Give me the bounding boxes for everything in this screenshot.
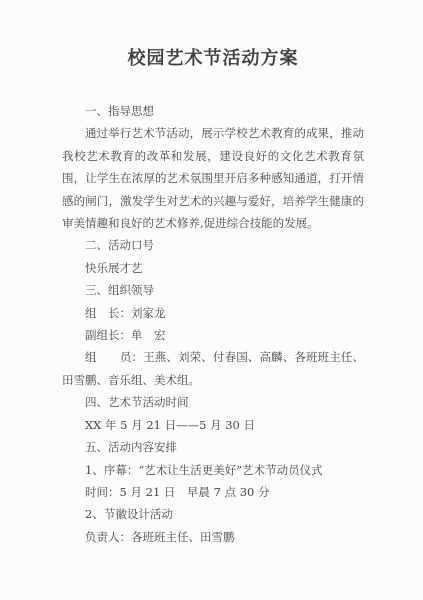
section-5-item-1-time: 时间：5 月 21 日 早晨 7 点 30 分 (62, 481, 364, 503)
section-2-slogan: 快乐展才艺 (62, 257, 364, 279)
section-3-deputy-leader-line: 副组长：单 宏 (62, 324, 364, 346)
section-5-item-2-responsible: 负责人：各班班主任、田雪鹏 (62, 526, 364, 548)
section-heading-3: 三、组织领导 (62, 279, 364, 301)
document-content: 校园艺术节活动方案 一、指导思想 通过举行艺术节活动，展示学校艺术教育的成果，推… (0, 0, 423, 548)
page-title: 校园艺术节活动方案 (62, 46, 364, 72)
section-heading-4: 四、艺术节活动时间 (62, 391, 364, 413)
section-3-leader-line: 组 长：刘家龙 (62, 302, 364, 324)
section-5-item-2-emblem: 2、节徽设计活动 (62, 503, 364, 525)
section-3-members-line: 组 员：王燕、刘荣、付春国、高麟、各班班主任、田雪鹏、音乐组、美术组。 (62, 346, 364, 391)
document-page: 校园艺术节活动方案 一、指导思想 通过举行艺术节活动，展示学校艺术教育的成果，推… (0, 0, 423, 600)
section-5-item-1-prologue: 1、序幕：“艺术让生活更美好”艺术节动员仪式 (62, 459, 364, 481)
section-heading-1: 一、指导思想 (62, 100, 364, 122)
section-heading-5: 五、活动内容安排 (62, 436, 364, 458)
section-1-paragraph: 通过举行艺术节活动，展示学校艺术教育的成果，推动我校艺术教育的改革和发展，建设良… (62, 122, 364, 234)
section-4-date-range: XX 年 5 月 21 日——5 月 30 日 (62, 414, 364, 436)
section-heading-2: 二、活动口号 (62, 234, 364, 256)
